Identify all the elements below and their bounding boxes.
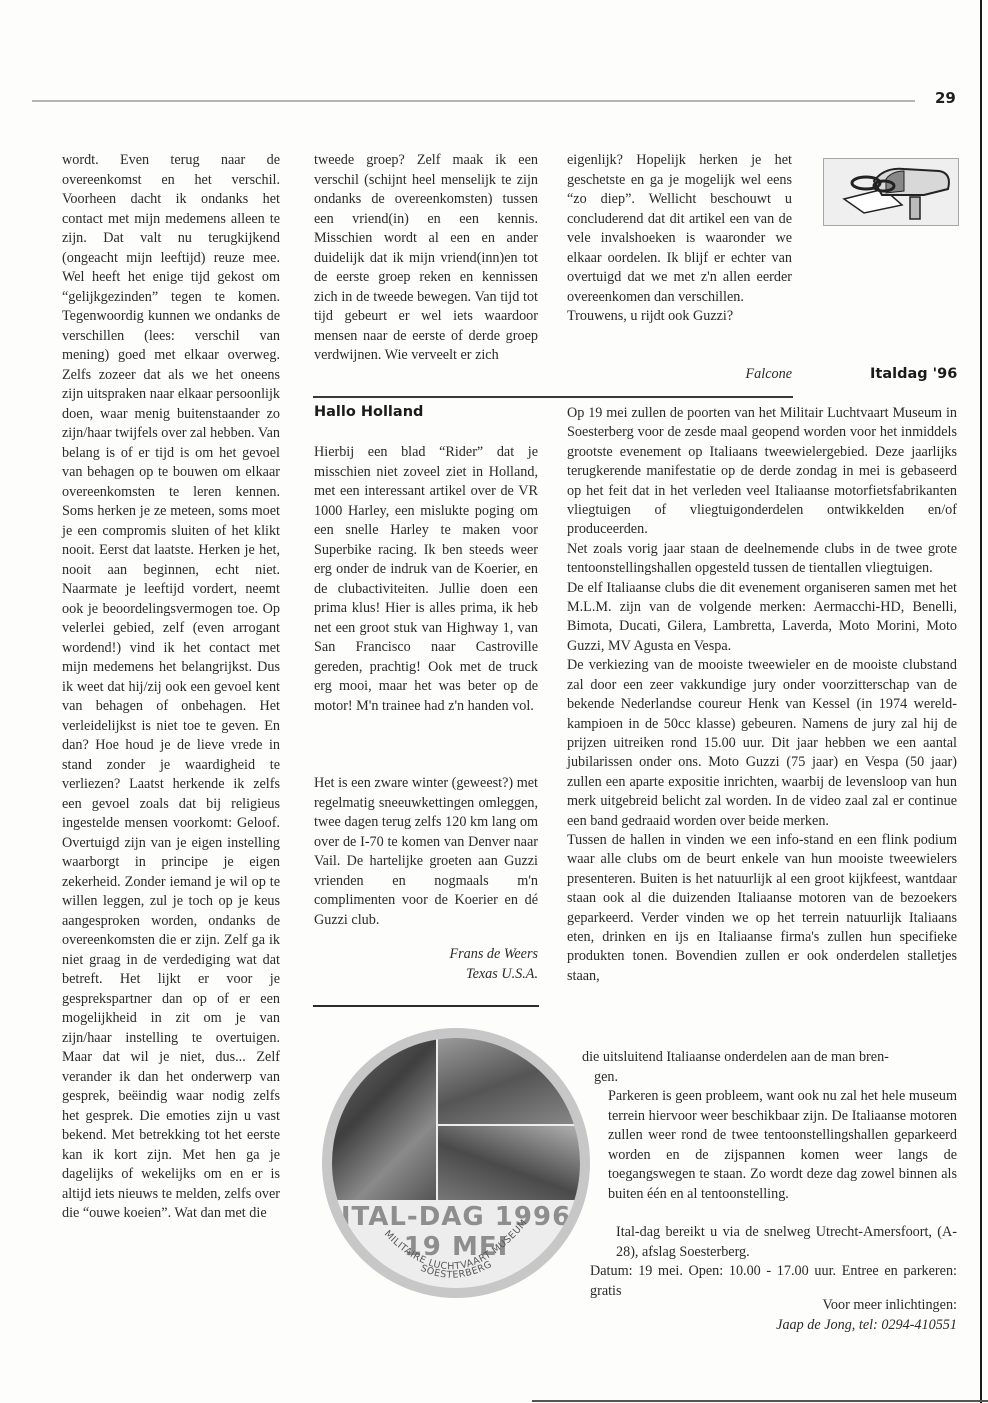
header-rule	[32, 100, 915, 102]
mailbox-icon	[823, 158, 959, 226]
letter-signature: Frans de Weers Texas U.S.A.	[314, 945, 538, 984]
italdag-paragraph: Op 19 mei zullen de poorten van het Mili…	[567, 404, 957, 540]
italdag-article: Op 19 mei zullen de poorten van het Mili…	[567, 404, 957, 986]
article-column-2: tweede groep? Zelf maak ik een verschil …	[314, 151, 538, 366]
italdag-route: Ital-dag bereikt u via de snelweg Utrech…	[616, 1223, 957, 1262]
article-body: wordt. Even terug naar de overeenkomst e…	[62, 151, 280, 1224]
svg-text:MILITAIRE LUCHTVAART MUSEUM: MILITAIRE LUCHTVAART MUSEUM	[382, 1217, 530, 1272]
italdag-paragraph: De elf Italiaanse clubs die dit evenemen…	[567, 579, 957, 657]
page-edge	[980, 0, 982, 1403]
letter-paragraph-1: Hierbij een blad “Rider” dat je misschie…	[314, 443, 538, 716]
contact-details: Jaap de Jong, tel: 0294-410551	[600, 1316, 957, 1336]
article-column-1: wordt. Even terug naar de overeenkomst e…	[62, 151, 280, 1224]
contact-label: Voor meer inlichtingen:	[600, 1296, 957, 1316]
italdag-wrap-line: gen.	[594, 1068, 954, 1088]
article-body-continued: tweede groep? Zelf maak ik een verschil …	[314, 151, 538, 366]
footer-rule	[532, 1400, 988, 1402]
italdag-parking: Parkeren is geen probleem, want ook nu z…	[608, 1087, 957, 1204]
article-closing: Trouwens, u rijdt ook Guzzi?	[567, 307, 792, 327]
italdag-paragraph: Net zoals vorig jaar staan de deelnemend…	[567, 540, 957, 579]
letter-text: Hierbij een blad “Rider” dat je misschie…	[314, 443, 538, 716]
italdag-paragraph: De verkiezing van de mooiste tweewieler …	[567, 656, 957, 831]
badge-face: ITAL-DAG 1996 19 MEI MILITAIRE LUCHTVAAR…	[332, 1038, 580, 1288]
badge-arc-text: MILITAIRE LUCHTVAART MUSEUM SOESTERBERG	[332, 1038, 580, 1288]
author-signature: Falcone	[567, 366, 792, 383]
letter-paragraph-2: Het is een zware winter (geweest?) met r…	[314, 774, 538, 930]
contact-info: Voor meer inlichtingen: Jaap de Jong, te…	[600, 1296, 957, 1335]
signature-name: Frans de Weers	[314, 945, 538, 965]
event-badge: ITAL-DAG 1996 19 MEI MILITAIRE LUCHTVAAR…	[322, 1028, 590, 1298]
letter-divider	[313, 1005, 539, 1007]
signature-place: Texas U.S.A.	[314, 965, 538, 985]
mailbox-illustration	[824, 159, 958, 225]
article-body-end: eigenlijk? Hopelijk herken je het gesche…	[567, 151, 792, 307]
article-column-3: eigenlijk? Hopelijk herken je het gesche…	[567, 151, 792, 327]
italdag-paragraph: Tussen de hallen in vinden we een info-s…	[567, 831, 957, 986]
section-heading-hallo-holland: Hallo Holland	[314, 404, 423, 420]
letter-text: Het is een zware winter (geweest?) met r…	[314, 774, 538, 930]
italdag-wrap-line: die uitsluitend Italiaanse onderdelen aa…	[582, 1048, 957, 1068]
page-number: 29	[935, 89, 956, 107]
section-heading-italdag: Italdag '96	[870, 366, 957, 382]
section-divider	[313, 396, 793, 398]
